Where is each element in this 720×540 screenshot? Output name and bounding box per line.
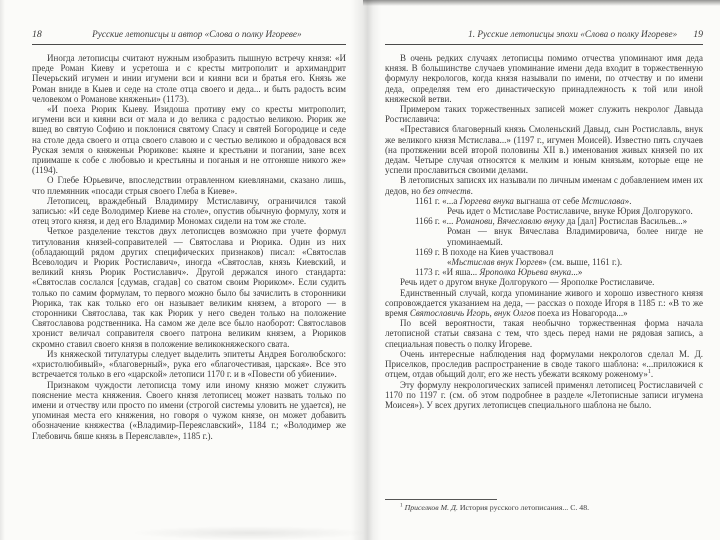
- footnote-text: 1 Приселков М. Д. История русского летоп…: [385, 503, 703, 512]
- paragraph: Иногда летописцы считают нужным изобрази…: [32, 53, 346, 104]
- paragraph: Примером таких торжественных записей мож…: [385, 104, 703, 124]
- paragraph: Из княжеской титулатуры следует выделить…: [32, 349, 346, 380]
- left-page-body: Иногда летописцы считают нужным изобрази…: [32, 53, 346, 441]
- paragraph: По всей вероятности, такая необычно торж…: [385, 318, 703, 349]
- year-entry-1169: 1169 г. В походе на Киев участвовал: [385, 247, 703, 257]
- paragraph: «Преставися благоверный князь Смоленьски…: [385, 124, 703, 175]
- year-entry-1166: 1166 г. «... Романови, Вячеславлю внуку …: [385, 216, 703, 226]
- left-running-title: Русские летописцы и автор «Слова о полку…: [48, 28, 346, 40]
- paragraph: Признаком чуждости летописца тому или ин…: [32, 380, 346, 441]
- year-entry-1173: 1173 г. «И яша... Ярополка Юрьева внука.…: [385, 267, 703, 277]
- footnote-block: 1 Приселков М. Д. История русского летоп…: [385, 499, 703, 512]
- footnote-separator: [385, 499, 497, 500]
- left-page-header: 18 Русские летописцы и автор «Слова о по…: [32, 28, 346, 45]
- paragraph: «И поеха Рюрик Кыеву. Изидоша противу ем…: [32, 104, 346, 175]
- right-page: 1. Русские летописцы эпохи «Слова о полк…: [360, 0, 720, 540]
- year-entry-1161: 1161 г. «...а Гюргева внука выгнаша от с…: [385, 196, 703, 206]
- right-running-title: 1. Русские летописцы эпохи «Слова о полк…: [385, 28, 677, 40]
- left-page-number: 18: [32, 29, 42, 41]
- paragraph: Четкое разделение текстов двух летописце…: [32, 226, 346, 348]
- paragraph: Речь идет о другом внуке Долгорукого — Я…: [385, 277, 703, 287]
- paragraph: В очень редких случаях летописцы помимо …: [385, 53, 703, 104]
- year-entry-note: Роман — внук Вячеслава Владимировича, бо…: [385, 226, 703, 246]
- right-page-header: 1. Русские летописцы эпохи «Слова о полк…: [385, 28, 703, 45]
- left-page: 18 Русские летописцы и автор «Слова о по…: [0, 0, 360, 540]
- book-spread: 18 Русские летописцы и автор «Слова о по…: [0, 0, 720, 540]
- paragraph: В летописных записях их называли по личн…: [385, 175, 703, 195]
- paragraph: Летописец, враждебный Владимиру Мстислав…: [32, 196, 346, 227]
- right-page-body: В очень редких случаях летописцы помимо …: [385, 53, 703, 410]
- paragraph: Эту формулу некрологических записей прим…: [385, 380, 703, 411]
- paragraph: Очень интересные наблюдения над формулам…: [385, 349, 703, 380]
- year-entry-note: «Мьстислав внук Гюргев» (см. выше, 1161 …: [385, 257, 703, 267]
- right-page-number: 19: [693, 29, 703, 41]
- paragraph: Единственный случай, когда упоминание жи…: [385, 288, 703, 319]
- paragraph: О Глебе Юрьевиче, впоследствии отравленн…: [32, 175, 346, 195]
- year-entry-note: Речь идет о Мстиславе Ростиславиче, внук…: [385, 206, 703, 216]
